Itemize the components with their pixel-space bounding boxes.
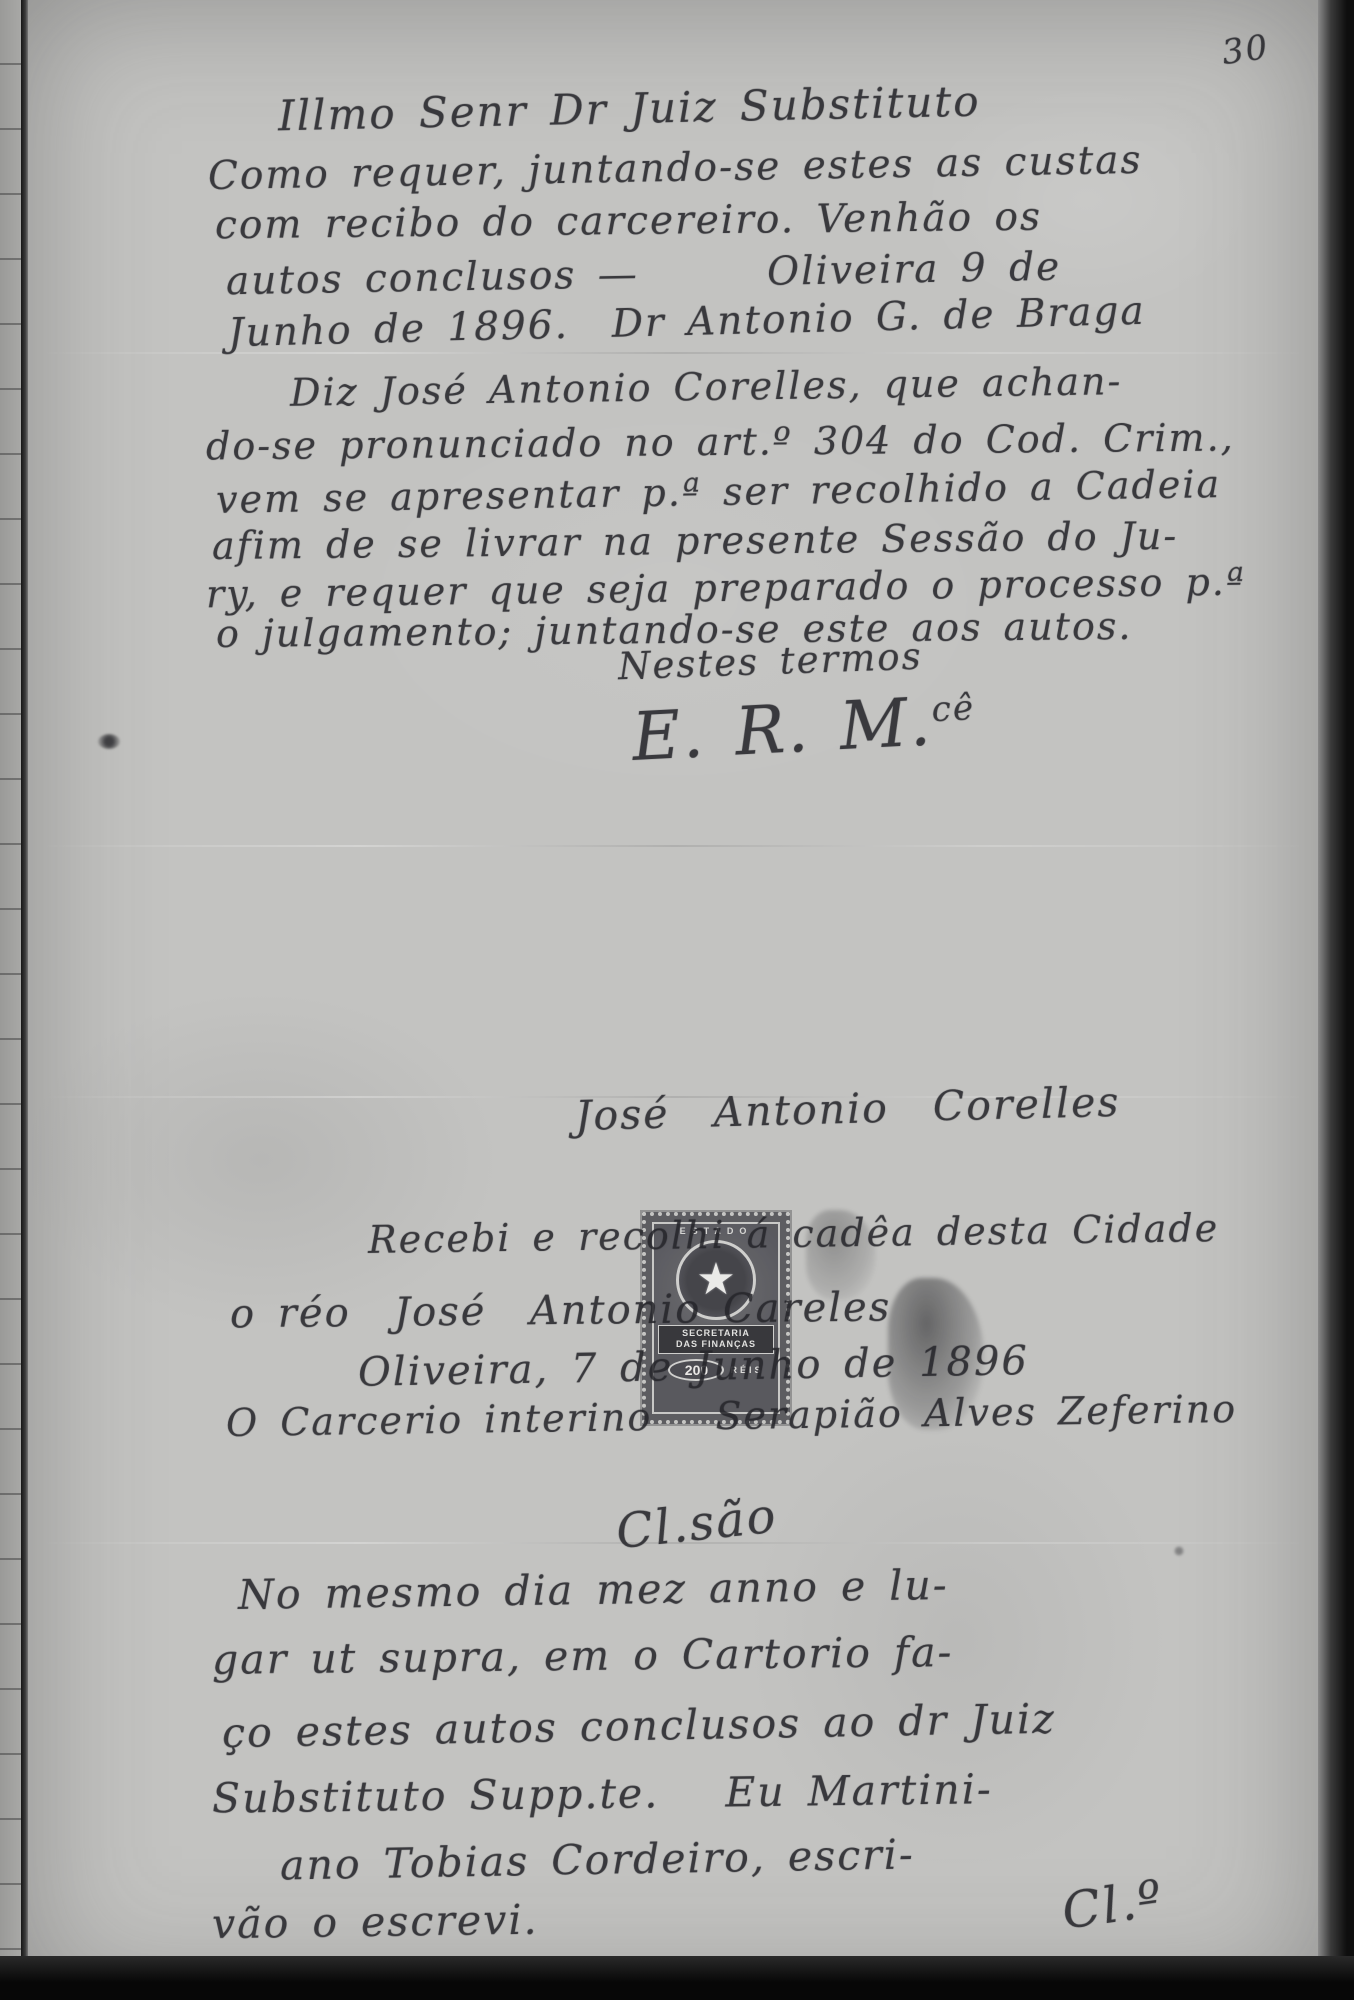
page-number: 30 <box>1219 27 1271 73</box>
handwritten-line-despacho-3: com recibo do carcereiro. Venhão os <box>215 195 1042 249</box>
erm-main: E. R. M. <box>630 683 934 776</box>
scan-edge-right <box>1318 0 1354 2000</box>
handwritten-line-conclusao-2: gar ut supra, em o Cartorio fa- <box>212 1628 954 1684</box>
ink-blotch <box>98 734 120 749</box>
handwritten-line-conclusao-6: vão o escrevi. <box>212 1896 539 1949</box>
handwritten-line-receipt-2: o réo José Antonio Careles <box>230 1285 892 1338</box>
handwritten-line-petition-2: do-se pronunciado no art.º 304 do Cod. C… <box>206 416 1235 469</box>
handwritten-line-conclusao-4: Substituto Supp.te. Eu Martini- <box>212 1765 993 1823</box>
fold-crease <box>40 845 1310 847</box>
scan-edge-bottom <box>0 1956 1354 2000</box>
handwritten-line-conclusao-1: No mesmo dia mez anno e lu- <box>238 1561 949 1619</box>
ink-speck <box>1174 1546 1184 1556</box>
erm-superscript: cê <box>931 688 977 730</box>
scanned-manuscript-page: 30 Illmo Senr Dr Juiz Substituto Como re… <box>0 0 1354 2000</box>
binding-gutter-shadow <box>21 0 28 2000</box>
adjacent-page-strip <box>0 0 21 2000</box>
